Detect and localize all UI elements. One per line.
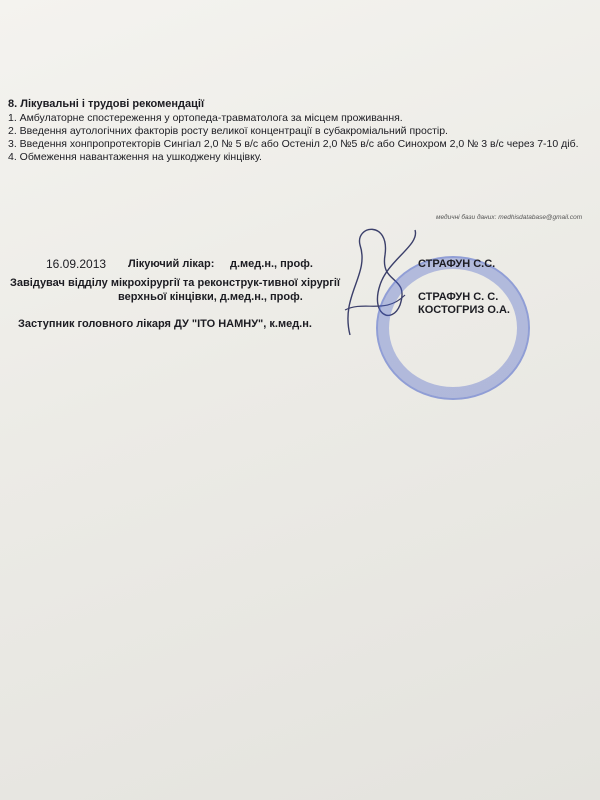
deputy-name: КОСТОГРИЗ О.А. <box>418 304 510 316</box>
recommendation-item: 4. Обмеження навантаження на ушкоджену к… <box>8 151 598 164</box>
head-role-line1: Завідувач відділу мікрохірургії та рекон… <box>10 277 340 289</box>
recommendations-section: 8. Лікувальні і трудові рекомендації 1. … <box>8 98 598 164</box>
recommendation-item: 1. Амбулаторне спостереження у ортопеда-… <box>8 112 598 125</box>
section-heading: 8. Лікувальні і трудові рекомендації <box>8 98 598 111</box>
recommendation-item: 2. Введення аутологічних факторів росту … <box>8 125 598 138</box>
head-role-line2: верхньої кінцівки, д.мед.н., проф. <box>118 291 303 303</box>
doctor-role: Лікуючий лікар: <box>128 258 214 270</box>
signature-date: 16.09.2013 <box>46 257 106 271</box>
doctor-name: СТРАФУН С.С. <box>418 258 495 270</box>
deputy-role: Заступник головного лікаря ДУ "ІТО НАМНУ… <box>18 318 312 330</box>
head-name: СТРАФУН С. С. <box>418 291 498 303</box>
recommendation-item: 3. Введення хонпропротекторів Сингіал 2,… <box>8 138 598 151</box>
official-stamp <box>376 256 530 400</box>
doctor-title: д.мед.н., проф. <box>230 258 313 270</box>
watermark-text: медичні бази даних: medhisdatabase@gmail… <box>436 214 582 221</box>
